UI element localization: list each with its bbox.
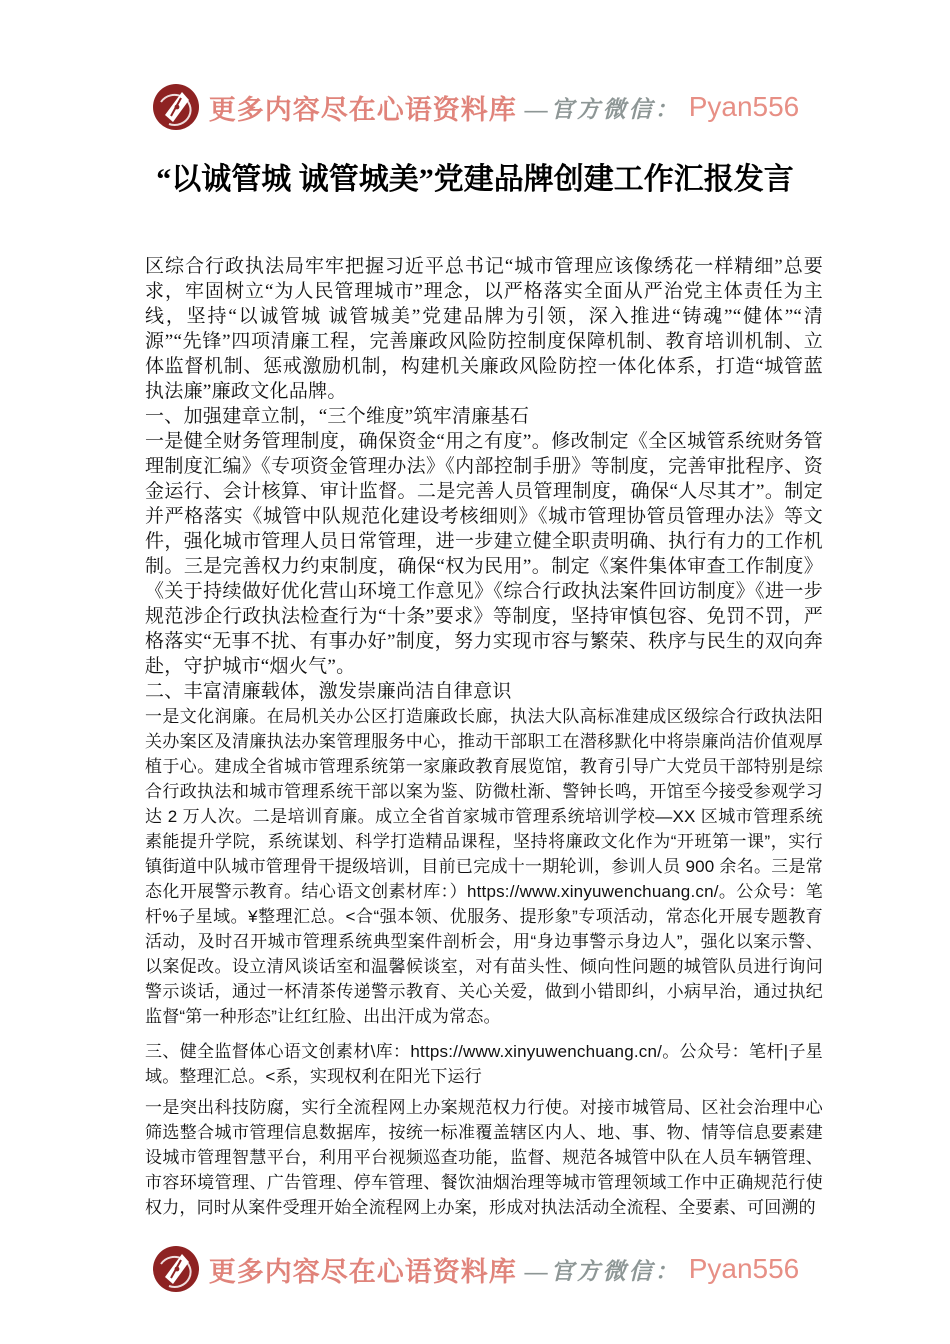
- watermark-brand-text: 更多内容尽在心语资料库: [209, 88, 517, 127]
- pen-nib-logo-icon: [151, 1244, 201, 1294]
- paragraph-section-2: 一是文化润廉。在局机关办公区打造廉政长廊，执法大队高标准建成区级综合行政执法阳关…: [145, 704, 823, 1029]
- watermark-wechat-label: —官方微信：: [525, 91, 681, 124]
- footer-watermark: 更多内容尽在心语资料库 —官方微信： Pyan556: [0, 1242, 950, 1296]
- section-heading-2: 二、丰富清廉载体，激发崇廉尚洁自律意识: [145, 679, 823, 704]
- document-title: “以诚管城 诚管城美”党建品牌创建工作汇报发言: [40, 160, 910, 200]
- section-heading-3: 三、健全监督体心语文创素材\库：https://www.xinyuwenchua…: [145, 1039, 823, 1089]
- watermark-brand-text: 更多内容尽在心语资料库: [209, 1250, 517, 1289]
- pen-nib-logo-icon: [151, 82, 201, 132]
- section-heading-1: 一、加强建章立制，“三个维度”筑牢清廉基石: [145, 404, 823, 429]
- header-watermark: 更多内容尽在心语资料库 —官方微信： Pyan556: [0, 80, 950, 134]
- document-page: 更多内容尽在心语资料库 —官方微信： Pyan556 “以诚管城 诚管城美”党建…: [0, 0, 950, 1344]
- paragraph-intro: 区综合行政执法局牢牢把握习近平总书记“城市管理应该像绣花一样精细”总要求，牢固树…: [145, 254, 823, 404]
- paragraph-section-3: 一是突出科技防腐，实行全流程网上办案规范权力行使。对接市城管局、区社会治理中心筛…: [145, 1095, 823, 1220]
- watermark-wechat-id: Pyan556: [689, 91, 800, 123]
- watermark-wechat-id: Pyan556: [689, 1253, 800, 1285]
- watermark-wechat-label: —官方微信：: [525, 1253, 681, 1286]
- document-body: 区综合行政执法局牢牢把握习近平总书记“城市管理应该像绣花一样精细”总要求，牢固树…: [145, 254, 823, 1220]
- paragraph-section-1: 一是健全财务管理制度，确保资金“用之有度”。修改制定《全区城管系统财务管理制度汇…: [145, 429, 823, 679]
